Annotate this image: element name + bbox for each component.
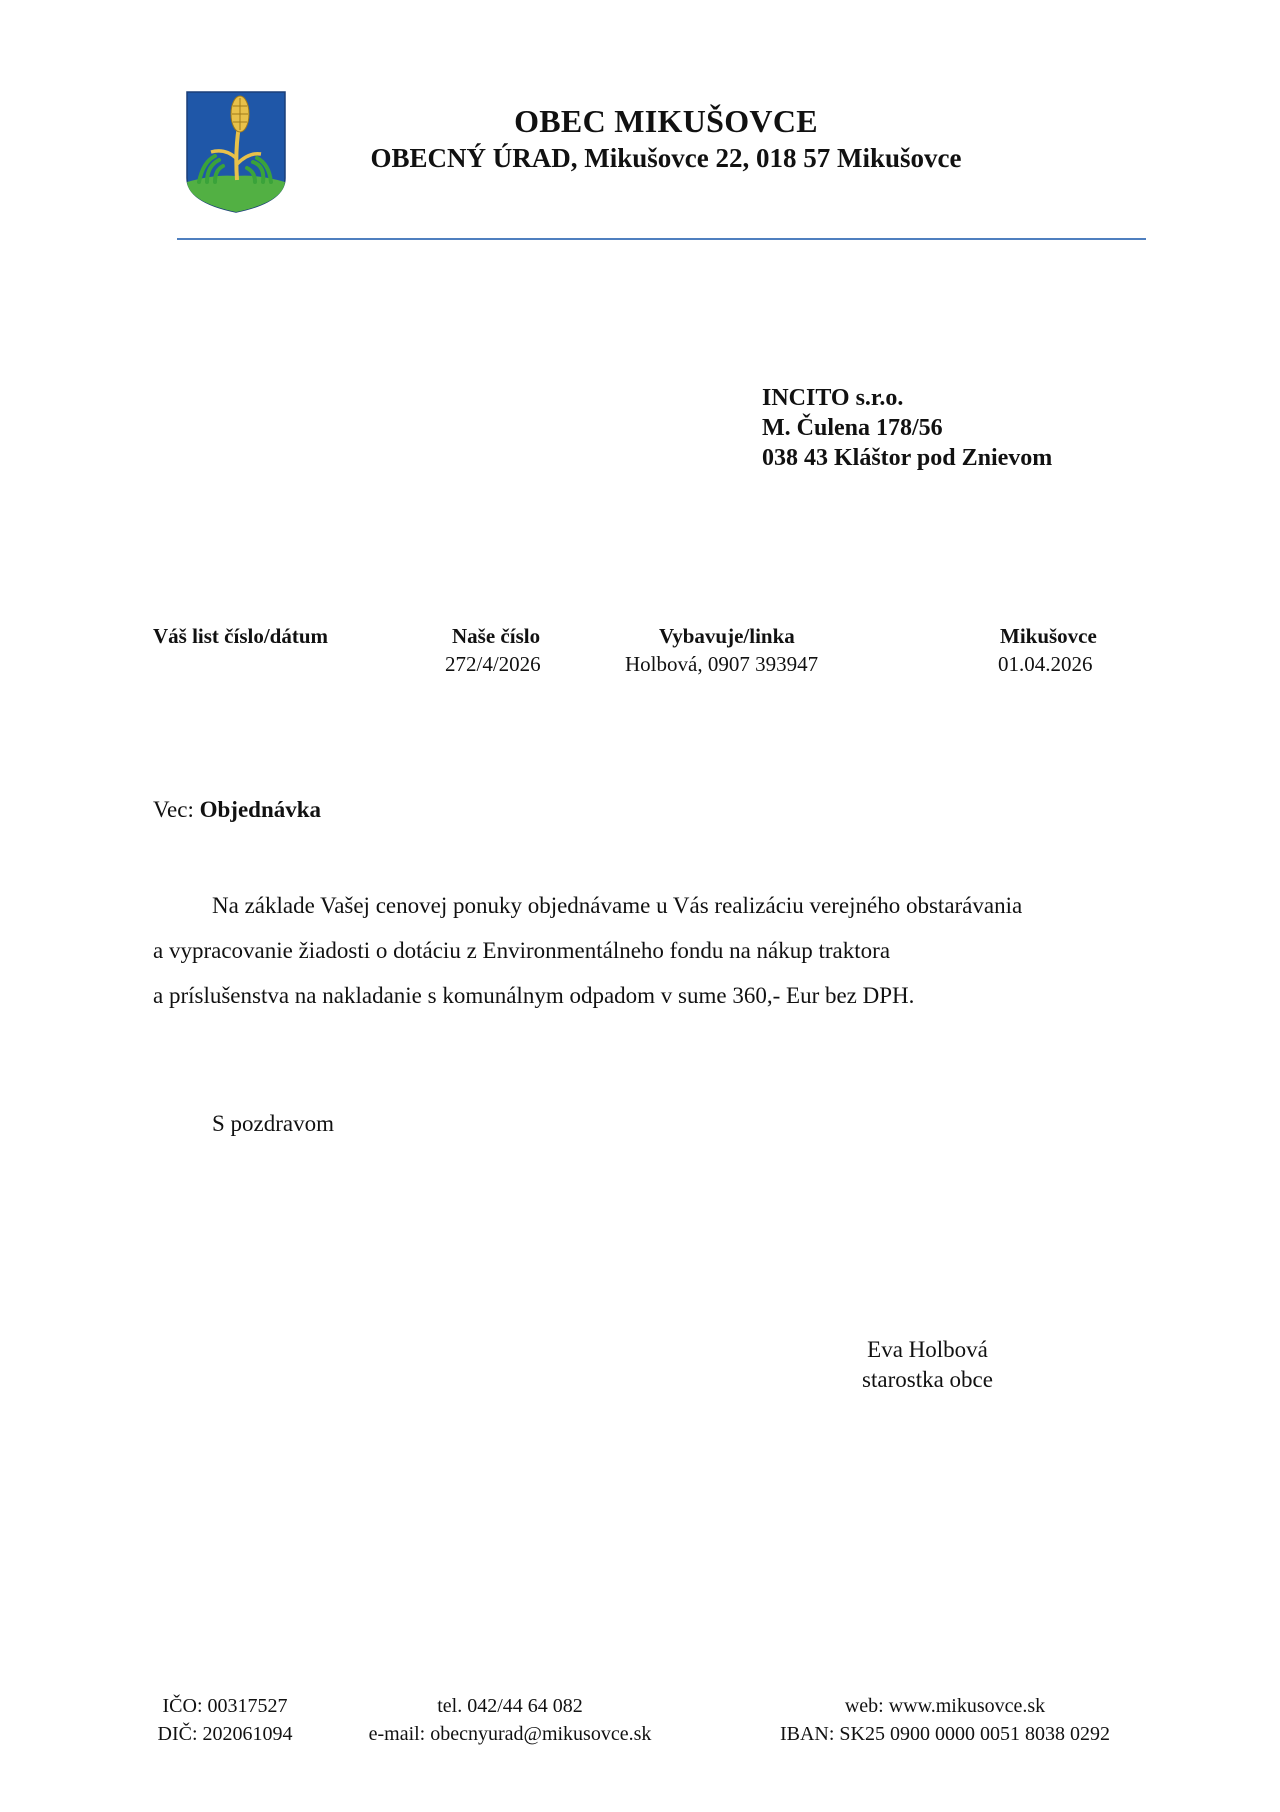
ref-our-number-label: Naše číslo	[452, 624, 540, 649]
ref-your-letter-label: Váš list číslo/dátum	[153, 624, 328, 649]
subject-value: Objednávka	[200, 797, 321, 822]
subject-label: Vec:	[153, 797, 194, 822]
body-line: a vypracovanie žiadosti o dotáciu z Envi…	[153, 928, 1143, 973]
greeting: S pozdravom	[212, 1111, 334, 1137]
recipient-company: INCITO s.r.o.	[762, 383, 1052, 413]
footer-email: e-mail: obecnyurad@mikusovce.sk	[350, 1720, 670, 1748]
municipality-title: OBEC MIKUŠOVCE	[0, 103, 1280, 140]
recipient-city: 038 43 Kláštor pod Znievom	[762, 443, 1052, 473]
footer-web-bank: web: www.mikusovce.sk IBAN: SK25 0900 00…	[755, 1692, 1135, 1748]
subject-line: Vec: Objednávka	[153, 797, 321, 823]
recipient-street: M. Čulena 178/56	[762, 413, 1052, 443]
office-address: OBECNÝ ÚRAD, Mikušovce 22, 018 57 Mikušo…	[0, 143, 1280, 174]
footer-contact: tel. 042/44 64 082 e-mail: obecnyurad@mi…	[350, 1692, 670, 1748]
footer-dic: DIČ: 202061094	[150, 1720, 300, 1748]
body-line: Na základe Vašej cenovej ponuky objednáv…	[153, 883, 1143, 928]
footer-ico: IČO: 00317527	[150, 1692, 300, 1720]
ref-place-label: Mikušovce	[1000, 624, 1097, 649]
signer-role: starostka obce	[800, 1365, 1055, 1395]
header-divider	[177, 238, 1146, 240]
ref-our-number-value: 272/4/2026	[445, 652, 541, 677]
recipient-address: INCITO s.r.o. M. Čulena 178/56 038 43 Kl…	[762, 383, 1052, 473]
ref-handled-by-label: Vybavuje/linka	[659, 624, 795, 649]
signer-name: Eva Holbová	[800, 1335, 1055, 1365]
footer-ids: IČO: 00317527 DIČ: 202061094	[150, 1692, 300, 1748]
ref-handled-by-value: Holbová, 0907 393947	[625, 652, 818, 677]
footer-web: web: www.mikusovce.sk	[755, 1692, 1135, 1720]
letter-body: Na základe Vašej cenovej ponuky objednáv…	[153, 883, 1143, 1018]
signature-block: Eva Holbová starostka obce	[800, 1335, 1055, 1395]
ref-date-value: 01.04.2026	[998, 652, 1093, 677]
footer-iban: IBAN: SK25 0900 0000 0051 8038 0292	[755, 1720, 1135, 1748]
footer-tel: tel. 042/44 64 082	[350, 1692, 670, 1720]
body-line: a príslušenstva na nakladanie s komunáln…	[153, 973, 1143, 1018]
